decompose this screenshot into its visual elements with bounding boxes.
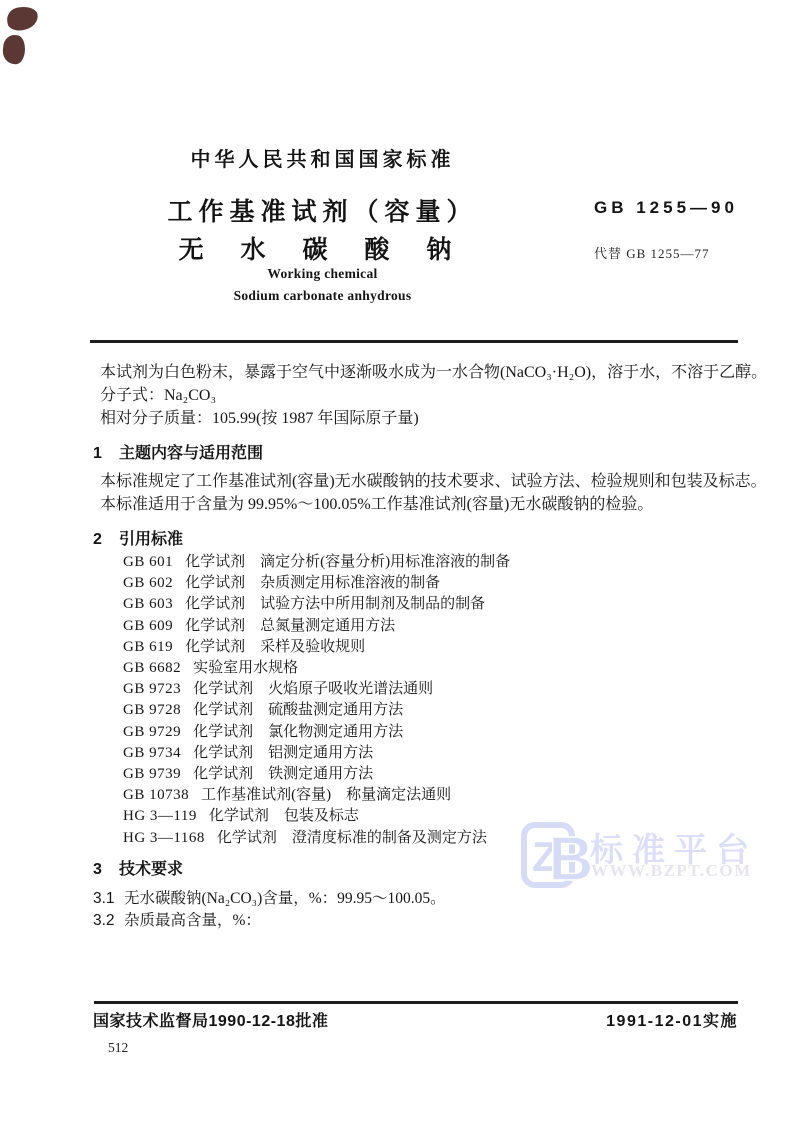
clause-text: 杂质最高含量，%：: [124, 912, 261, 929]
reference-code: GB 9723: [123, 679, 181, 700]
reference-code: GB 602: [123, 573, 173, 594]
reference-item: GB 602化学试剂 杂质测定用标准溶液的制备: [123, 573, 510, 594]
section-1-paragraphs: 本标准规定了工作基准试剂(容量)无水碳酸钠的技术要求、试验方法、检验规则和包装及…: [100, 470, 767, 516]
reference-item: GB 6682实验室用水规格: [123, 658, 510, 679]
svg-text:B: B: [549, 825, 591, 894]
section-title: 技术要求: [119, 861, 183, 878]
reference-title: 化学试剂 包装及标志: [209, 808, 359, 824]
reference-title: 化学试剂 铝测定通用方法: [193, 745, 373, 761]
watermark-name: 标准平台: [590, 824, 758, 871]
intro-block: 本试剂为白色粉末，暴露于空气中逐渐吸水成为一水合物(NaCO₃·H₂O)，溶于水…: [100, 361, 767, 430]
reference-code: HG 3—119: [123, 806, 197, 827]
bzpt-logo-icon: Z B: [519, 818, 591, 894]
reference-title: 实验室用水规格: [193, 660, 298, 676]
watermark-url: WWW.BZPT.COM: [591, 861, 752, 881]
title-english-line2: Sodium carbonate anhydrous: [95, 288, 550, 304]
reference-title: 工作基准试剂(容量) 称量滴定法通则: [201, 787, 451, 803]
reference-code: GB 9734: [123, 743, 181, 764]
reference-code: HG 3—1168: [123, 828, 205, 849]
implementation-text: 1991-12-01实施: [606, 1008, 738, 1031]
section-2-heading: 2引用标准: [93, 526, 183, 549]
section-number: 1: [93, 445, 119, 463]
clause-text: 无水碳酸钠(Na₂CO₃)含量，%：99.95～100.05。: [124, 890, 446, 907]
reference-item: GB 603化学试剂 试验方法中所用制剂及制品的制备: [123, 594, 510, 615]
clause-number: 3.2: [93, 910, 119, 932]
reference-item: HG 3—119化学试剂 包装及标志: [123, 806, 510, 827]
header-divider-rule: [90, 340, 738, 343]
reference-code: GB 601: [123, 552, 173, 573]
replaces-note: 代替 GB 1255—77: [594, 243, 710, 262]
scan-artifact: [5, 5, 39, 33]
reference-title: 化学试剂 试验方法中所用制剂及制品的制备: [185, 596, 485, 612]
reference-title: 化学试剂 氯化物测定通用方法: [193, 724, 403, 740]
reference-code: GB 9729: [123, 722, 181, 743]
reference-item: GB 9734化学试剂 铝测定通用方法: [123, 743, 510, 764]
scan-artifact: [2, 34, 27, 65]
section-3-heading: 3技术要求: [93, 856, 183, 879]
references-list: GB 601化学试剂 滴定分析(容量分析)用标准溶液的制备 GB 602化学试剂…: [123, 552, 510, 849]
clause-row: 3.1无水碳酸钠(Na₂CO₃)含量，%：99.95～100.05。: [93, 888, 446, 910]
intro-line: 分子式：Na₂CO₃: [100, 384, 767, 407]
intro-line: 相对分子质量：105.99(按 1987 年国际原子量): [100, 407, 767, 430]
reference-item: GB 619化学试剂 采样及验收规则: [123, 637, 510, 658]
clause-number: 3.1: [93, 888, 119, 910]
reference-code: GB 10738: [123, 785, 189, 806]
title-english-line1: Working chemical: [95, 266, 550, 282]
standard-code: GB 1255—90: [594, 198, 738, 218]
reference-code: GB 619: [123, 637, 173, 658]
section-number: 2: [93, 531, 119, 549]
reference-item: GB 609化学试剂 总氮量测定通用方法: [123, 616, 510, 637]
section-title: 主题内容与适用范围: [119, 445, 263, 462]
clause-row: 3.2杂质最高含量，%：: [93, 910, 446, 932]
standard-label: 中华人民共和国国家标准: [95, 143, 550, 172]
title-chinese-line1: 工作基准试剂（容量）: [95, 192, 550, 228]
reference-title: 化学试剂 火焰原子吸收光谱法通则: [193, 681, 433, 697]
reference-code: GB 609: [123, 616, 173, 637]
reference-title: 化学试剂 总氮量测定通用方法: [185, 618, 395, 634]
document-page: 中华人民共和国国家标准 工作基准试剂（容量） 无 水 碳 酸 钠 Working…: [0, 0, 800, 1127]
reference-title: 化学试剂 滴定分析(容量分析)用标准溶液的制备: [185, 554, 510, 570]
approval-text: 国家技术监督局1990-12-18批准: [93, 1008, 328, 1031]
paragraph: 本标准适用于含量为 99.95%～100.05%工作基准试剂(容量)无水碳酸钠的…: [100, 493, 767, 516]
reference-title: 化学试剂 铁测定通用方法: [193, 766, 373, 782]
intro-line: 本试剂为白色粉末，暴露于空气中逐渐吸水成为一水合物(NaCO₃·H₂O)，溶于水…: [100, 361, 767, 384]
reference-item: GB 9739化学试剂 铁测定通用方法: [123, 764, 510, 785]
reference-item: GB 9723化学试剂 火焰原子吸收光谱法通则: [123, 679, 510, 700]
reference-code: GB 9728: [123, 700, 181, 721]
section-title: 引用标准: [119, 531, 183, 548]
reference-item: GB 601化学试剂 滴定分析(容量分析)用标准溶液的制备: [123, 552, 510, 573]
reference-code: GB 6682: [123, 658, 181, 679]
footer-divider-rule: [94, 1001, 738, 1004]
reference-item: GB 9728化学试剂 硫酸盐测定通用方法: [123, 700, 510, 721]
reference-title: 化学试剂 澄清度标准的制备及测定方法: [217, 830, 487, 846]
paragraph: 本标准规定了工作基准试剂(容量)无水碳酸钠的技术要求、试验方法、检验规则和包装及…: [100, 470, 767, 493]
section-number: 3: [93, 861, 119, 879]
reference-code: GB 603: [123, 594, 173, 615]
reference-item: HG 3—1168化学试剂 澄清度标准的制备及测定方法: [123, 828, 510, 849]
reference-title: 化学试剂 硫酸盐测定通用方法: [193, 702, 403, 718]
section-1-heading: 1主题内容与适用范围: [93, 440, 263, 463]
reference-title: 化学试剂 采样及验收规则: [185, 639, 365, 655]
reference-title: 化学试剂 杂质测定用标准溶液的制备: [185, 575, 440, 591]
reference-item: GB 10738工作基准试剂(容量) 称量滴定法通则: [123, 785, 510, 806]
section-3-clauses: 3.1无水碳酸钠(Na₂CO₃)含量，%：99.95～100.05。 3.2杂质…: [93, 888, 446, 931]
title-chinese-line2: 无 水 碳 酸 钠: [95, 230, 550, 266]
svg-text:Z: Z: [532, 833, 558, 880]
reference-code: GB 9739: [123, 764, 181, 785]
reference-item: GB 9729化学试剂 氯化物测定通用方法: [123, 722, 510, 743]
page-number: 512: [108, 1040, 128, 1056]
